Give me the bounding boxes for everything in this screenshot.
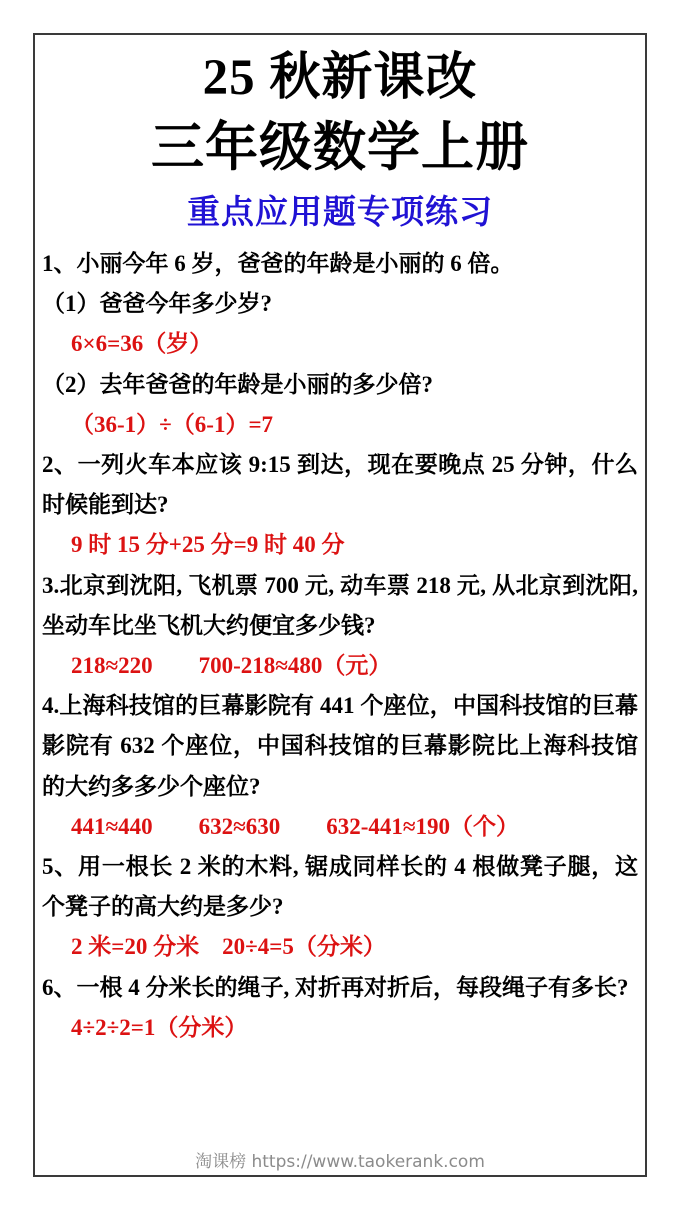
section-subtitle: 重点应用题专项练习 (35, 191, 645, 235)
answer-line: 441≈440 632≈630 632-441≈190（个） (42, 807, 638, 847)
answer-line: 6×6=36（岁） (42, 324, 638, 364)
answer-line: （36-1）÷（6-1）=7 (42, 405, 638, 445)
answer-line: 2 米=20 分米 20÷4=5（分米） (42, 927, 638, 967)
subquestion-line: （1）爸爸今年多少岁? (42, 284, 638, 324)
subquestion-line: （2）去年爸爸的年龄是小丽的多少倍? (42, 365, 638, 405)
question-line: 1、小丽今年 6 岁，爸爸的年龄是小丽的 6 倍。 (42, 244, 638, 284)
answer-line: 4÷2÷2=1（分米） (42, 1008, 638, 1048)
answer-line: 218≈220 700-218≈480（元） (42, 646, 638, 686)
page-border-frame: 25 秋新课改 三年级数学上册 重点应用题专项练习 1、小丽今年 6 岁，爸爸的… (33, 33, 647, 1177)
question-line: 6、一根 4 分米长的绳子, 对折再对折后，每段绳子有多长? (42, 968, 638, 1008)
question-line: 4.上海科技馆的巨幕影院有 441 个座位，中国科技馆的巨幕影院有 632 个座… (42, 686, 638, 807)
problem-lines: 1、小丽今年 6 岁，爸爸的年龄是小丽的 6 倍。（1）爸爸今年多少岁?6×6=… (42, 244, 638, 1048)
page-title-line2: 三年级数学上册 (35, 109, 645, 187)
question-line: 3.北京到沈阳, 飞机票 700 元, 动车票 218 元, 从北京到沈阳, 坐… (42, 566, 638, 646)
answer-line: 9 时 15 分+25 分=9 时 40 分 (42, 525, 638, 565)
question-line: 2、一列火车本应该 9:15 到达，现在要晚点 25 分钟，什么时候能到达? (42, 445, 638, 525)
question-line: 5、用一根长 2 米的木料, 锯成同样长的 4 根做凳子腿，这个凳子的高大约是多… (42, 847, 638, 927)
worksheet-page: 25 秋新课改 三年级数学上册 重点应用题专项练习 1、小丽今年 6 岁，爸爸的… (0, 0, 680, 1209)
watermark-footer: 淘课榜 https://www.taokerank.com (35, 1151, 645, 1173)
page-title-line1: 25 秋新课改 (35, 47, 645, 109)
